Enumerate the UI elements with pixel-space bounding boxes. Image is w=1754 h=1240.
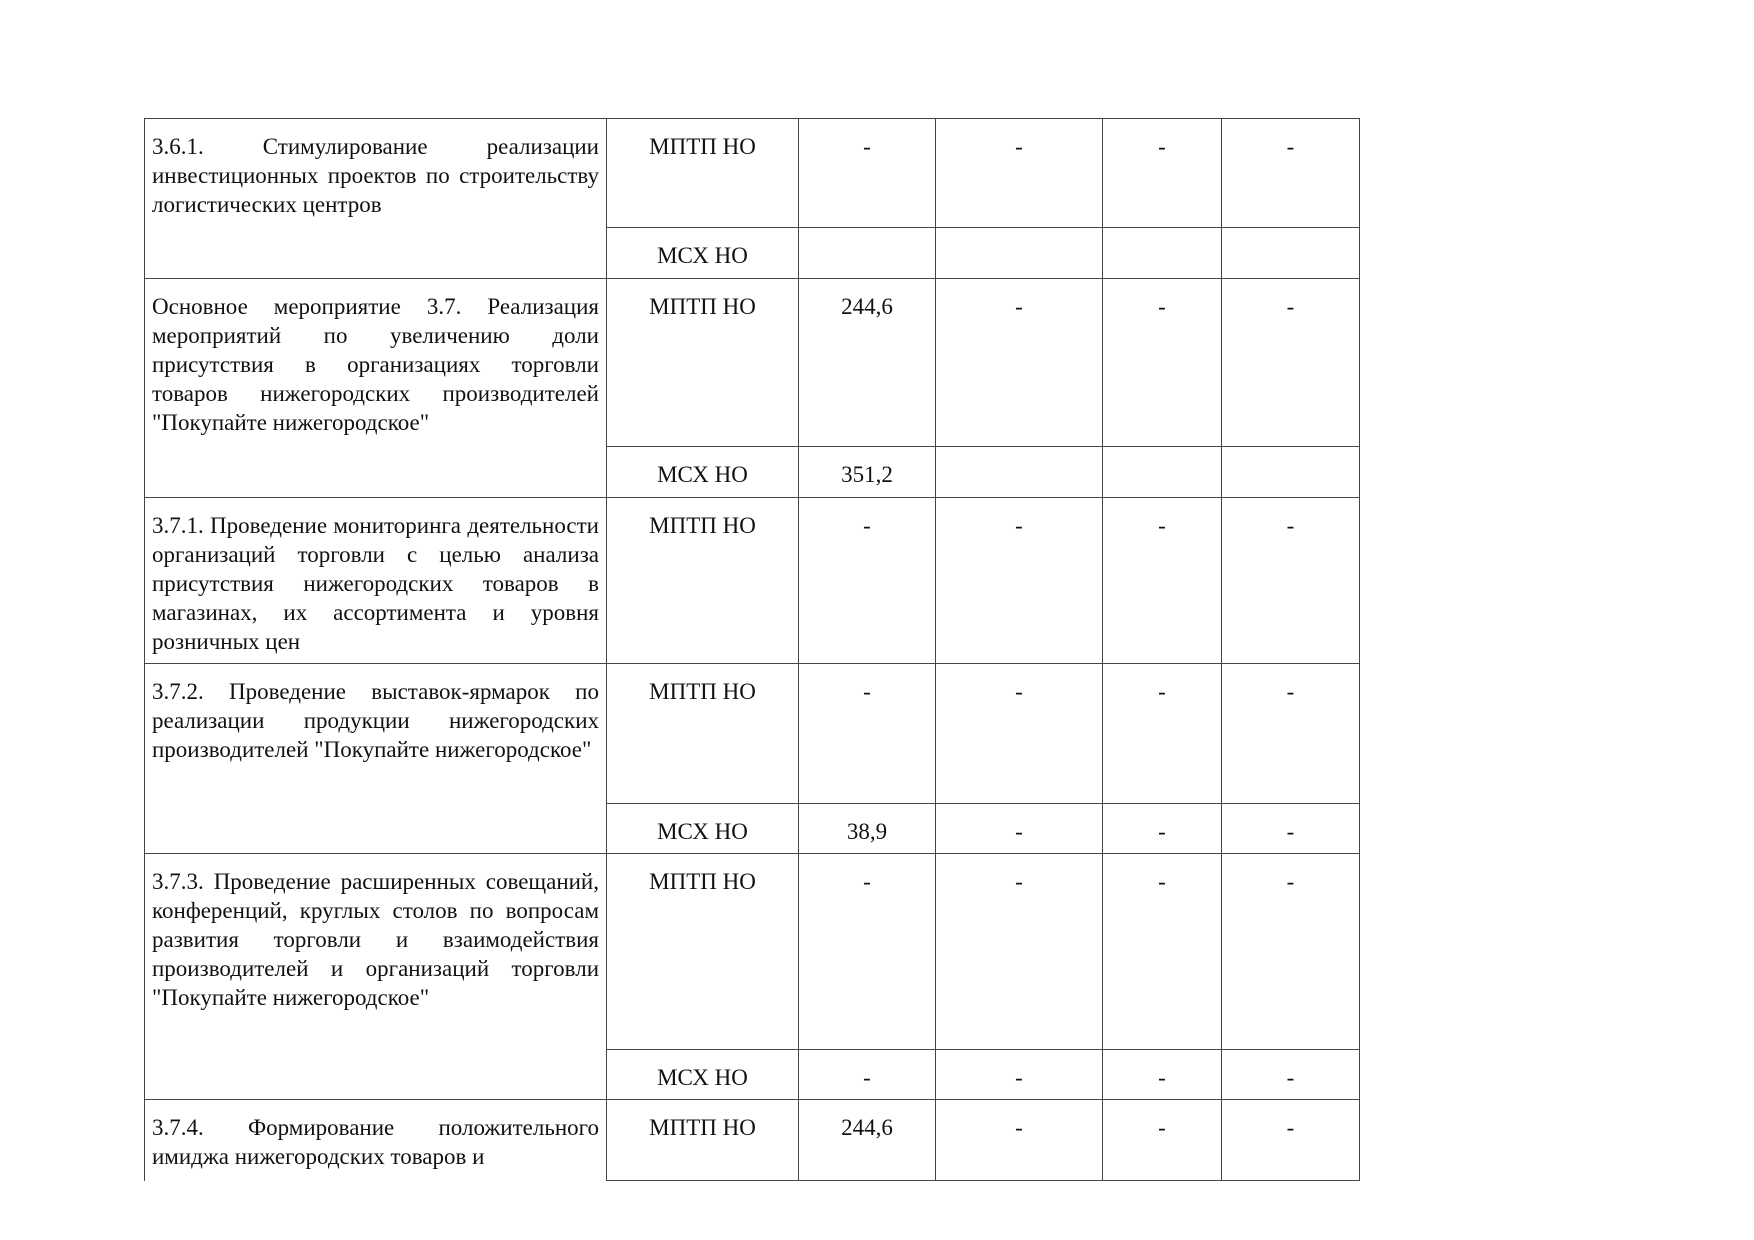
value-cell: - xyxy=(1222,1050,1360,1100)
agency-cell: МПТП НО xyxy=(607,664,799,804)
value-cell: - xyxy=(1222,854,1360,1050)
value-cell: - xyxy=(936,1050,1103,1100)
value-cell: - xyxy=(936,279,1103,447)
table-row: Основное мероприятие 3.7. Реализация мер… xyxy=(145,279,1360,447)
agency-cell: МСХ НО xyxy=(607,228,799,279)
value-cell: - xyxy=(799,1050,936,1100)
agency-cell: МСХ НО xyxy=(607,1050,799,1100)
agency-cell: МПТП НО xyxy=(607,498,799,664)
value-cell: - xyxy=(1103,854,1222,1050)
value-cell: 244,6 xyxy=(799,279,936,447)
value-cell xyxy=(1222,228,1360,279)
value-cell: - xyxy=(799,664,936,804)
agency-cell: МПТП НО xyxy=(607,279,799,447)
agency-cell: МСХ НО xyxy=(607,804,799,854)
value-cell: - xyxy=(936,664,1103,804)
agency-cell: МПТП НО xyxy=(607,119,799,228)
value-cell: - xyxy=(1103,498,1222,664)
value-cell: - xyxy=(936,854,1103,1050)
value-cell: - xyxy=(1103,804,1222,854)
activity-description: Основное мероприятие 3.7. Реализация мер… xyxy=(145,279,607,498)
activity-description: 3.7.1. Проведение мониторинга деятельнос… xyxy=(145,498,607,664)
agency-cell: МСХ НО xyxy=(607,447,799,498)
value-cell: - xyxy=(936,804,1103,854)
table-row: 3.7.2. Проведение выставок-ярмарок по ре… xyxy=(145,664,1360,804)
value-cell: - xyxy=(936,119,1103,228)
value-cell xyxy=(936,228,1103,279)
activity-description: 3.7.3. Проведение расширенных совещаний,… xyxy=(145,854,607,1100)
value-cell: - xyxy=(1103,1050,1222,1100)
value-cell: - xyxy=(1222,279,1360,447)
agency-cell: МПТП НО xyxy=(607,854,799,1050)
value-cell xyxy=(799,228,936,279)
value-cell xyxy=(936,447,1103,498)
table-row: 3.7.4. Формирование положительного имидж… xyxy=(145,1100,1360,1181)
value-cell: - xyxy=(1222,498,1360,664)
value-cell xyxy=(1103,447,1222,498)
value-cell xyxy=(1103,228,1222,279)
activity-description: 3.7.2. Проведение выставок-ярмарок по ре… xyxy=(145,664,607,854)
table-row: 3.7.1. Проведение мониторинга деятельнос… xyxy=(145,498,1360,664)
value-cell: 244,6 xyxy=(799,1100,936,1181)
value-cell: - xyxy=(1222,1100,1360,1181)
activity-description: 3.6.1. Стимулирование реализации инвести… xyxy=(145,119,607,279)
value-cell: - xyxy=(1103,119,1222,228)
activity-description: 3.7.4. Формирование положительного имидж… xyxy=(145,1100,607,1181)
table-row: 3.7.3. Проведение расширенных совещаний,… xyxy=(145,854,1360,1050)
value-cell: - xyxy=(1103,279,1222,447)
value-cell: - xyxy=(1222,804,1360,854)
value-cell: - xyxy=(799,854,936,1050)
program-activities-table: 3.6.1. Стимулирование реализации инвести… xyxy=(144,118,1360,1181)
value-cell: - xyxy=(936,1100,1103,1181)
value-cell: - xyxy=(1222,119,1360,228)
value-cell: - xyxy=(799,119,936,228)
value-cell: - xyxy=(936,498,1103,664)
table-row: 3.6.1. Стимулирование реализации инвести… xyxy=(145,119,1360,228)
value-cell: 351,2 xyxy=(799,447,936,498)
value-cell: - xyxy=(1103,1100,1222,1181)
value-cell: 38,9 xyxy=(799,804,936,854)
value-cell: - xyxy=(1103,664,1222,804)
value-cell xyxy=(1222,447,1360,498)
agency-cell: МПТП НО xyxy=(607,1100,799,1181)
value-cell: - xyxy=(799,498,936,664)
value-cell: - xyxy=(1222,664,1360,804)
